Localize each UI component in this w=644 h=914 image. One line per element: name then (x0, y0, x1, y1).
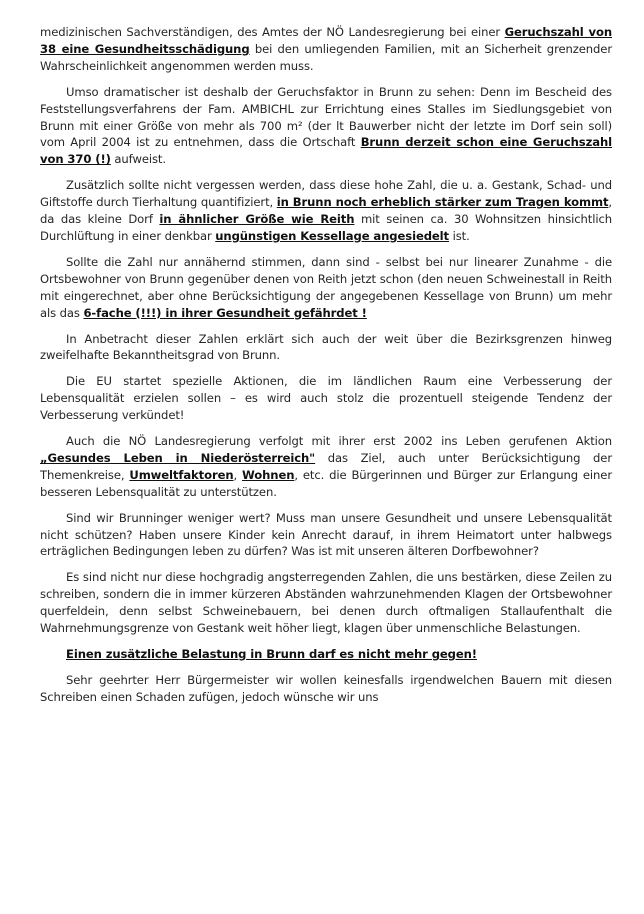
paragraph-address-mayor: Sehr geehrter Herr Bürgermeister wir wol… (40, 672, 612, 706)
text-run: Die EU startet spezielle Aktionen, die i… (40, 374, 612, 422)
paragraph-notoriety: In Anbetracht dieser Zahlen erklärt sich… (40, 331, 612, 365)
text-run: aufweist. (111, 152, 166, 166)
emphasis-environment: Umweltfaktoren (129, 468, 233, 482)
emphasis-no-additional-burden: Einen zusätzliche Belastung in Brunn dar… (66, 647, 477, 661)
text-run: In Anbetracht dieser Zahlen erklärt sich… (40, 332, 612, 363)
text-run: , (234, 468, 243, 482)
emphasis-stronger-impact: in Brunn noch erheblich stärker zum Trag… (277, 195, 609, 209)
text-run: medizinischen Sachverständigen, des Amte… (40, 25, 505, 39)
paragraph-questions: Sind wir Brunninger weniger wert? Muss m… (40, 510, 612, 561)
paragraph-eu-actions: Die EU startet spezielle Aktionen, die i… (40, 373, 612, 424)
paragraph-medical-expert: medizinischen Sachverständigen, des Amte… (40, 24, 612, 75)
text-run: Auch die NÖ Landesregierung verfolgt mit… (66, 434, 612, 448)
emphasis-six-fold-danger: 6-fache (!!!) in ihrer Gesundheit gefähr… (83, 306, 366, 320)
paragraph-complaints: Es sind nicht nur diese hochgradig angst… (40, 569, 612, 637)
emphasis-unfavorable-location: ungünstigen Kessellage angesiedelt (215, 229, 449, 243)
text-run: Es sind nicht nur diese hochgradig angst… (40, 570, 612, 635)
paragraph-kessellage: Zusätzlich sollte nicht vergessen werden… (40, 177, 612, 245)
paragraph-odor-factor-brunn: Umso dramatischer ist deshalb der Geruch… (40, 84, 612, 169)
paragraph-six-fold: Sollte die Zahl nur annähernd stimmen, d… (40, 254, 612, 322)
paragraph-demand-heading: Einen zusätzliche Belastung in Brunn dar… (40, 646, 612, 663)
document-page: medizinischen Sachverständigen, des Amte… (40, 24, 612, 715)
paragraph-noe-government: Auch die NÖ Landesregierung verfolgt mit… (40, 433, 612, 501)
text-run: Sind wir Brunninger weniger wert? Muss m… (40, 511, 612, 559)
emphasis-similar-size: in ähnlicher Größe wie Reith (159, 212, 354, 226)
emphasis-housing: Wohnen (242, 468, 294, 482)
emphasis-campaign-name: „Gesundes Leben in Niederösterreich" (40, 451, 315, 465)
text-run: Sehr geehrter Herr Bürgermeister wir wol… (40, 673, 612, 704)
text-run: ist. (449, 229, 470, 243)
